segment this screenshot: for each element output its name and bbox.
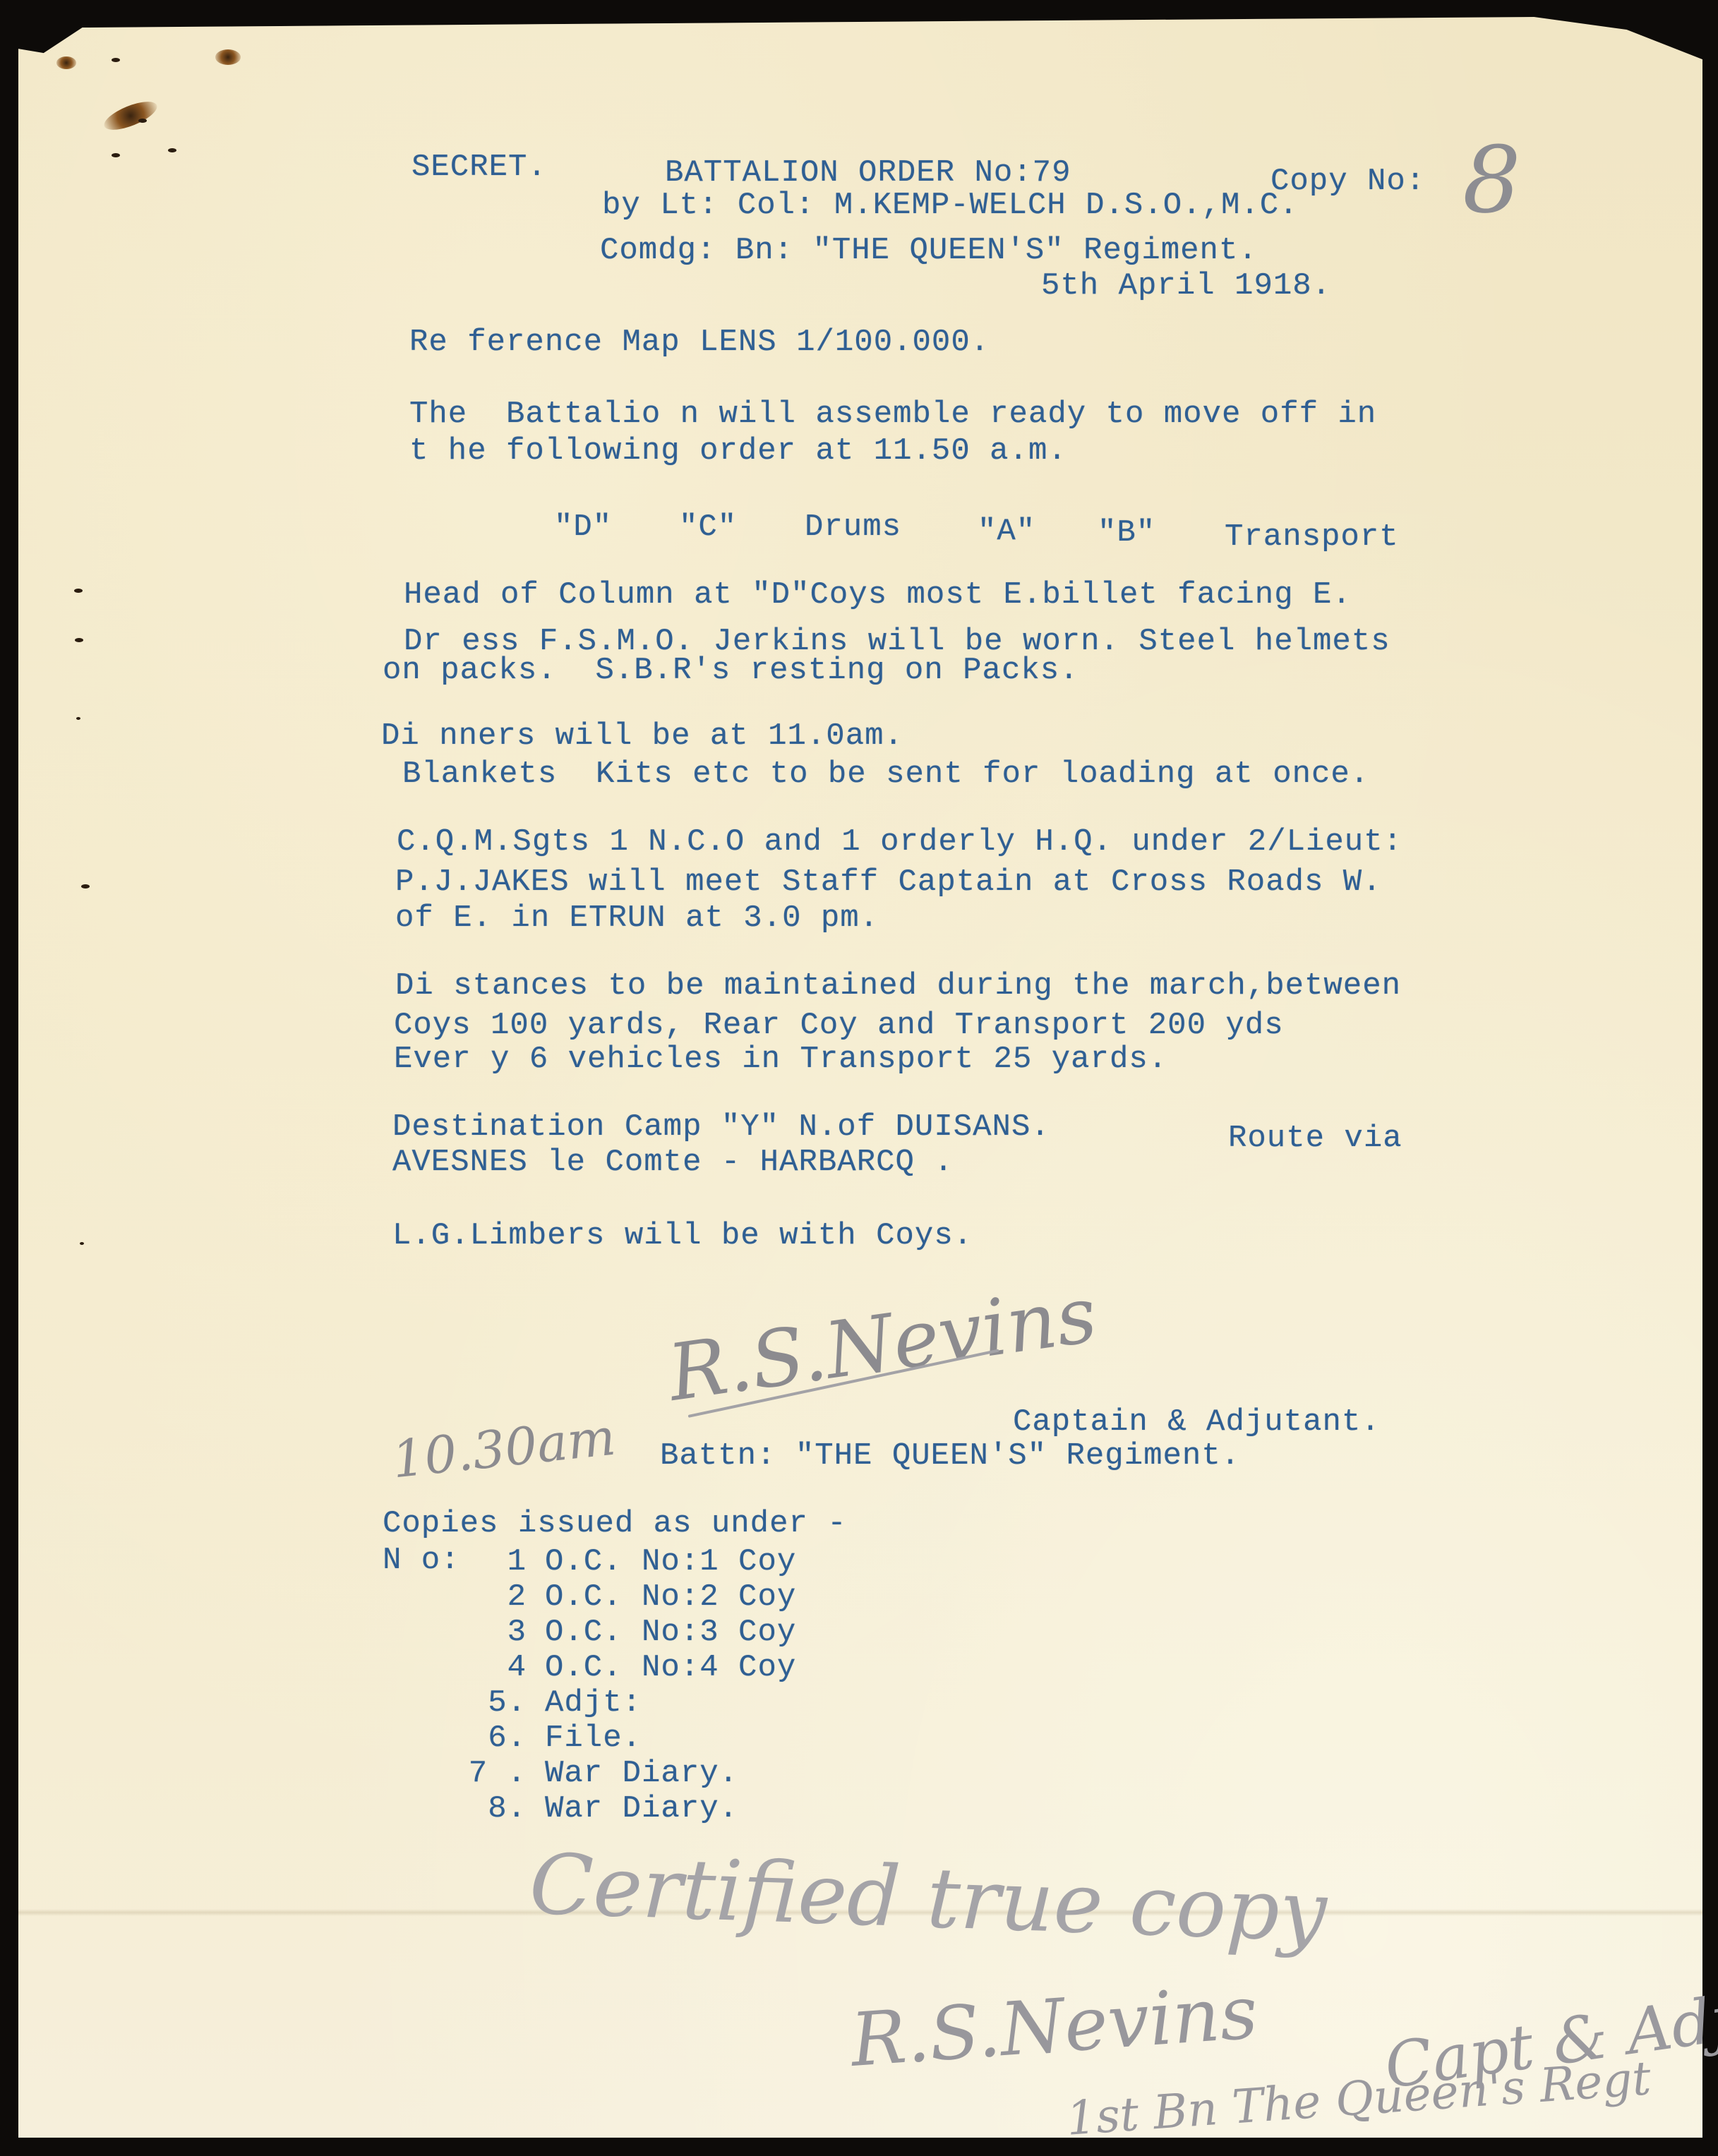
distances-line-3: Ever y 6 vehicles in Transport 25 yards. [394, 1042, 1167, 1077]
punch-hole [168, 148, 176, 152]
copy-number: 1 [383, 1544, 545, 1579]
punch-hole [80, 1242, 84, 1245]
distances-line-2: Coys 100 yards, Rear Coy and Transport 2… [394, 1008, 1284, 1043]
march-item: Drums [805, 510, 901, 545]
copy-recipient: O.C. No:3 Coy [545, 1615, 796, 1650]
rust-stain [215, 49, 241, 65]
copy-recipient: War Diary. [545, 1791, 738, 1826]
march-item: "C" [679, 510, 737, 545]
destination-line-2: AVESNES le Comte - HARBARCQ . [392, 1145, 954, 1180]
distribution-item: 3O.C. No:3 Coy [383, 1615, 796, 1650]
order-title: BATTALION ORDER No:79 [665, 155, 1071, 191]
cqms-line-3: of E. in ETRUN at 3.0 pm. [395, 901, 879, 936]
distribution-item: 7 .War Diary. [383, 1756, 796, 1791]
punch-hole [76, 717, 80, 720]
copy-number: 8. [383, 1791, 545, 1826]
distances-line-1: Di stances to be maintained during the m… [395, 968, 1401, 1004]
route-label: Route via [1228, 1121, 1402, 1156]
copy-number: 4 [383, 1650, 545, 1685]
copy-number: 3 [383, 1615, 545, 1650]
punch-hole [138, 119, 147, 123]
punch-hole [74, 589, 83, 593]
copy-recipient: O.C. No:1 Coy [545, 1544, 796, 1579]
copy-recipient: War Diary. [545, 1756, 738, 1791]
march-item: "B" [1098, 515, 1155, 550]
signature-rank: Captain & Adjutant. [1013, 1404, 1381, 1440]
distribution-item: 2O.C. No:2 Coy [383, 1579, 796, 1615]
order-date: 5th April 1918. [1041, 268, 1331, 303]
dinners-line: Di nners will be at 11.0am. [381, 718, 903, 754]
distribution-item: 4O.C. No:4 Coy [383, 1650, 796, 1685]
distribution-item: 8.War Diary. [383, 1791, 796, 1826]
head-of-column-line-3: on packs. S.B.R's resting on Packs. [383, 653, 1079, 688]
copy-recipient: O.C. No:2 Coy [545, 1579, 796, 1615]
punch-hole [81, 884, 90, 889]
signature-unit: Battn: "THE QUEEN'S" Regiment. [660, 1438, 1240, 1474]
punch-hole [112, 58, 120, 62]
cqms-line-1: C.Q.M.Sgts 1 N.C.O and 1 orderly H.Q. un… [397, 824, 1402, 860]
destination-line-1: Destination Camp "Y" N.of DUISANS. [392, 1109, 1050, 1145]
head-of-column-line-1: Head of Column at "D"Coys most E.billet … [404, 577, 1352, 613]
punch-hole [112, 153, 120, 157]
copy-number-handwritten: 8 [1462, 134, 1521, 226]
distribution-item: 5.Adjt: [383, 1685, 796, 1721]
march-item: Transport [1225, 519, 1399, 555]
reference-map-line: Re ference Map LENS 1/100.000. [409, 325, 990, 360]
copy-number: 6. [383, 1721, 545, 1756]
distribution-item: 6.File. [383, 1721, 796, 1756]
distribution-list: 1O.C. No:1 Coy 2O.C. No:2 Coy 3O.C. No:3… [383, 1544, 796, 1826]
copy-recipient: Adjt: [545, 1685, 642, 1721]
issued-by-line: by Lt: Col: M.KEMP-WELCH D.S.O.,M.C. [602, 188, 1299, 223]
limbers-line: L.G.Limbers will be with Coys. [392, 1218, 973, 1253]
assemble-line-1: The Battalio n will assemble ready to mo… [409, 397, 1376, 432]
copy-number: 5. [383, 1685, 545, 1721]
march-item: "A" [978, 514, 1035, 549]
rust-stain [56, 56, 76, 69]
assemble-line-2: t he following order at 11.50 a.m. [409, 433, 1067, 469]
copy-number: 7 . [383, 1756, 545, 1791]
copy-recipient: File. [545, 1721, 642, 1756]
distribution-item: 1O.C. No:1 Coy [383, 1544, 796, 1579]
classification-label: SECRET. [412, 150, 547, 185]
punch-hole [75, 638, 83, 642]
blankets-line: Blankets Kits etc to be sent for loading… [402, 757, 1369, 792]
march-item: "D" [554, 510, 612, 545]
cqms-line-2: P.J.JAKES will meet Staff Captain at Cro… [395, 865, 1382, 900]
copy-number: 2 [383, 1579, 545, 1615]
command-line: Comdg: Bn: "THE QUEEN'S" Regiment. [600, 233, 1258, 268]
distribution-heading: Copies issued as under - [383, 1506, 847, 1541]
copy-recipient: O.C. No:4 Coy [545, 1650, 796, 1685]
